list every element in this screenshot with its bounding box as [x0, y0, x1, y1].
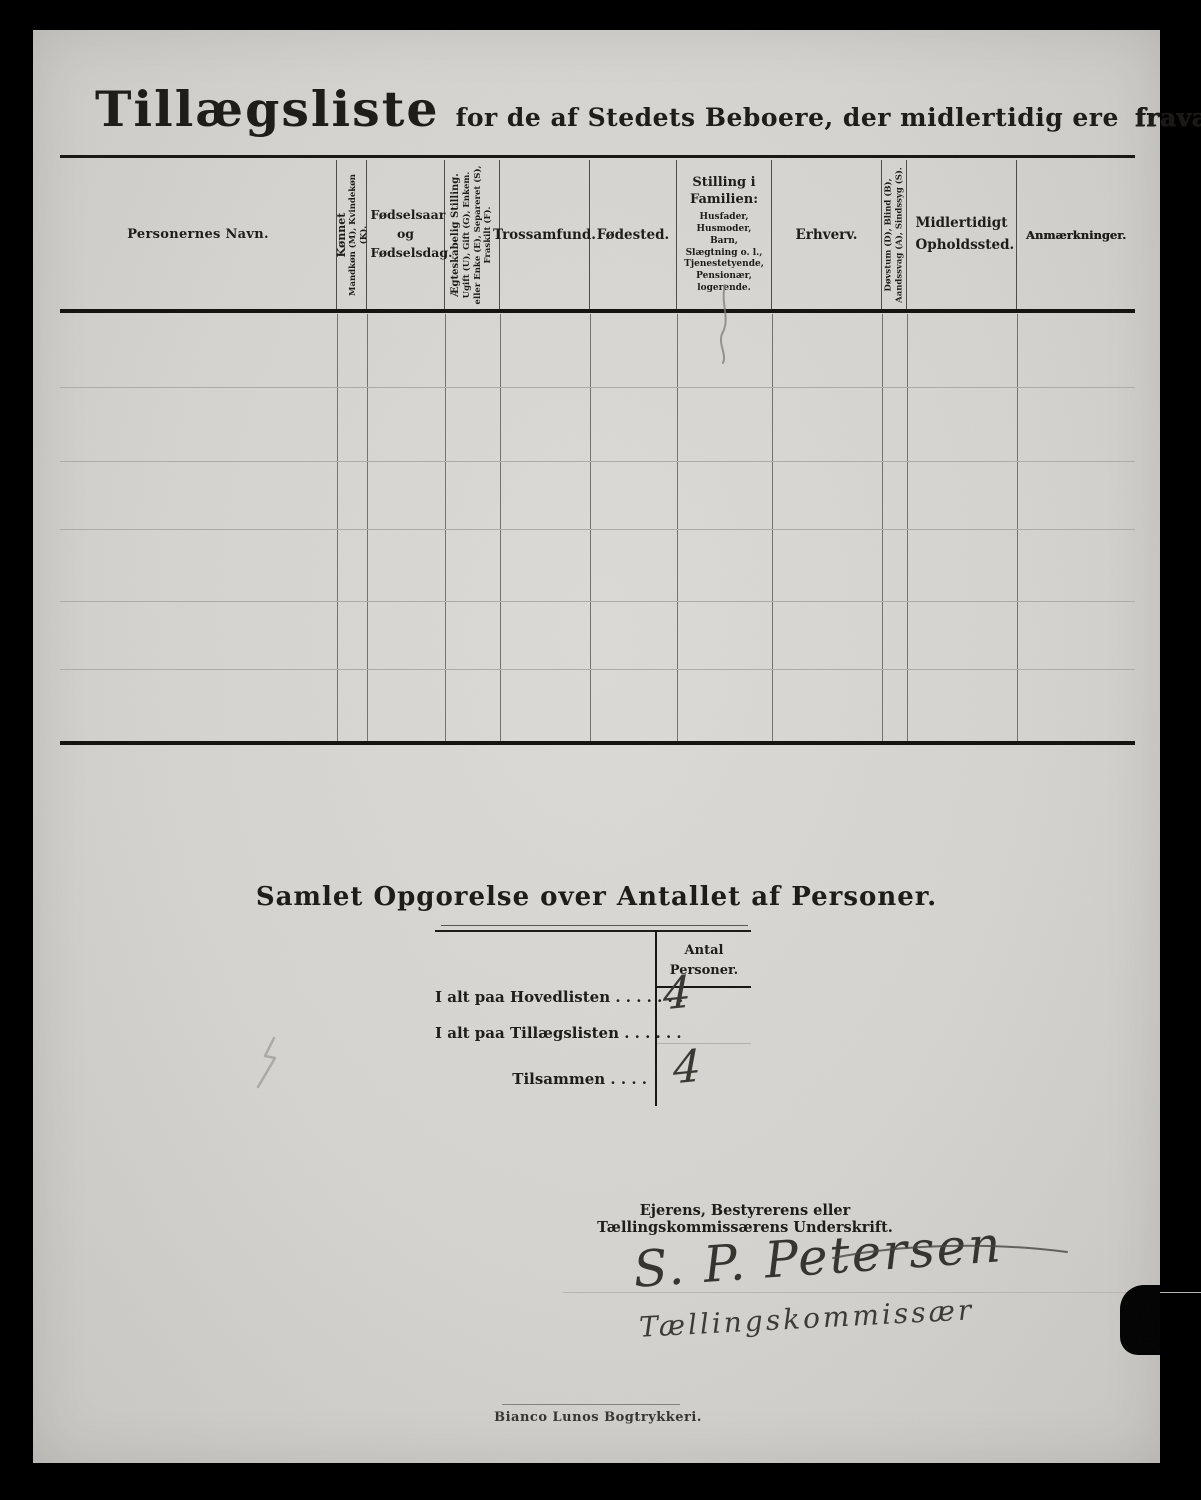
column-header-sex: Kønnet Mandkøn (M), Kvindekøn (K).: [337, 160, 367, 309]
column-header-birthplace-label: Fødested.: [597, 227, 669, 243]
grid-line: [367, 314, 368, 741]
grid-line: [435, 930, 751, 932]
stray-pencil-mark: [247, 1034, 285, 1092]
grid-line: [60, 529, 1135, 530]
grid-line: [882, 314, 883, 741]
grid-line: [590, 314, 591, 741]
scan-edge-artifact: [1120, 1285, 1160, 1355]
column-header-remarks: Anmærkninger.: [1017, 160, 1135, 309]
column-header-occupation: Erhverv.: [772, 160, 882, 309]
scanned-census-form-page: Tillægsliste for de af Stedets Beboere, …: [33, 30, 1160, 1463]
handwritten-count-hovedlisten: 4: [663, 970, 691, 1017]
printer-imprint: Bianco Lunos Bogtrykkeri.: [470, 1410, 726, 1425]
page-title: Tillægsliste for de af Stedets Beboere, …: [95, 80, 1201, 138]
grid-line: [441, 925, 748, 926]
handwritten-count-tilsammen: 4: [673, 1044, 701, 1091]
rule-below-header: [60, 309, 1135, 313]
grid-line: [657, 1043, 751, 1044]
column-header-marital: Ægteskabelig Stilling. Ugift (U), Gift (…: [445, 160, 500, 309]
column-header-birthplace: Fødested.: [590, 160, 677, 309]
grid-line: [60, 669, 1135, 670]
rule-under-title: [60, 155, 1135, 158]
title-subtitle: for de af Stedets Beboere, der midlertid…: [456, 103, 1119, 132]
summary-row-label: I alt paa Tillægslisten . . . . . .: [435, 1024, 647, 1042]
signature-flourish-stroke: [831, 1242, 1071, 1266]
grid-line: [500, 314, 501, 741]
summary-row-label: Tilsammen . . . .: [435, 1070, 647, 1088]
grid-line: [1017, 314, 1018, 741]
title-main: Tillægsliste: [95, 80, 440, 138]
grid-line: [60, 461, 1135, 462]
column-header-remarks-label: Anmærkninger.: [1026, 228, 1126, 242]
grid-line: [907, 314, 908, 741]
grid-line: [772, 314, 773, 741]
column-header-name-label: Personernes Navn.: [127, 227, 269, 242]
handwritten-role: Tællingskommissær: [638, 1293, 975, 1344]
column-header-disability-vertical-text: Døvstum (D), Blind (B), Aandssvag (A), S…: [883, 164, 904, 306]
column-header-marital-vertical-text: Ægteskabelig Stilling. Ugift (U), Gift (…: [450, 164, 494, 306]
column-header-occupation-label: Erhverv.: [796, 227, 858, 243]
summary-table: Antal Personer. I alt paa Hovedlisten . …: [435, 930, 751, 1106]
grid-line: [60, 387, 1135, 388]
grid-line: [60, 601, 1135, 602]
column-header-birthdate: Fødselsaar og Fødselsdag.: [367, 160, 445, 309]
summary-row-label: I alt paa Hovedlisten . . . . . . .: [435, 988, 647, 1006]
footer-rule: [502, 1404, 680, 1405]
grid-line: [677, 314, 678, 741]
grid-line: [337, 314, 338, 741]
column-header-birthdate-label: Fødselsaar og Fødselsdag.: [371, 206, 441, 262]
column-header-disability: Døvstum (D), Blind (B), Aandssvag (A), S…: [882, 160, 907, 309]
column-header-religion-label: Trossamfund.: [493, 227, 596, 243]
stray-pen-mark: [709, 282, 741, 366]
column-header-religion: Trossamfund.: [500, 160, 590, 309]
column-header-sex-vertical-text: Kønnet Mandkøn (M), Kvindekøn (K).: [334, 164, 368, 306]
column-header-temporary-residence-label: Midlertidigt Opholdssted.: [916, 213, 1008, 256]
title-subtitle-bold: fraværende.: [1135, 103, 1201, 132]
grid-line: [445, 314, 446, 741]
summary-heading: Samlet Opgorelse over Antallet af Person…: [33, 882, 1160, 912]
table-header-row: Personernes Navn. Kønnet Mandkøn (M), Kv…: [60, 160, 1135, 309]
rule-table-bottom: [60, 741, 1135, 745]
table-body-empty-rows: [60, 314, 1135, 741]
column-header-name: Personernes Navn.: [60, 160, 337, 309]
column-header-family-position-text: Stilling i Familien: Husfader, Husmoder,…: [677, 175, 771, 295]
column-header-temporary-residence: Midlertidigt Opholdssted.: [907, 160, 1017, 309]
